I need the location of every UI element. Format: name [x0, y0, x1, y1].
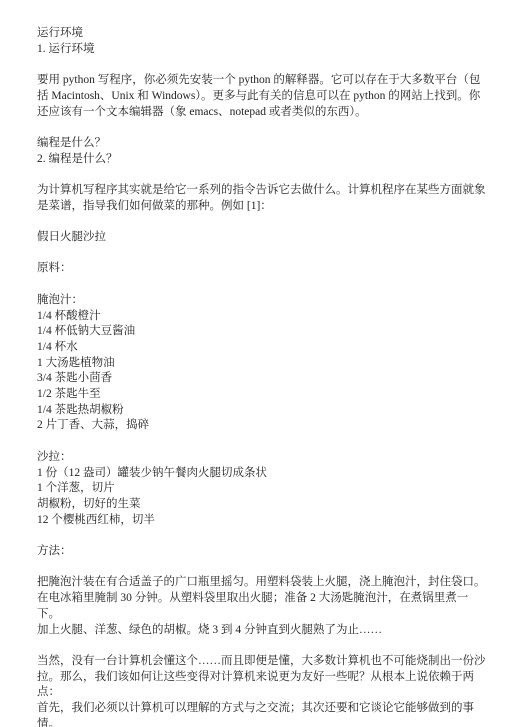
text-line: 1 份（12 盎司）罐装少钠午餐肉火腿切成条状 [37, 466, 487, 482]
text-line: 是菜谱，指导我们如何做菜的那种。例如 [1]： [37, 199, 487, 215]
text-line: 原料： [37, 261, 487, 277]
text-line: 12 个樱桃西红柿，切半 [37, 513, 487, 529]
recipe-title: 假日火腿沙拉 [37, 230, 487, 246]
text-line: 首先，我们必须以计算机可以理解的方式与之交流；其次还要和它谈论它能够做到的事情。 [37, 701, 487, 727]
text-line: 1. 运行环境 [37, 42, 487, 58]
text-line: 方法： [37, 544, 487, 560]
text-line: 1/4 杯低钠大豆酱油 [37, 324, 487, 340]
text-line: 腌泡汁： [37, 293, 487, 309]
text-line: 当然，没有一台计算机会懂这个……而且即便是懂，大多数计算机也不可能烧制出一份沙 [37, 654, 487, 670]
text-line: 还应该有一个文本编辑器（象 emacs、notepad 或者类似的东西）。 [37, 105, 487, 121]
section-1-heading: 运行环境1. 运行环境 [37, 26, 487, 57]
text-line: 1/4 杯酸橙汁 [37, 309, 487, 325]
text-line: 沙拉： [37, 450, 487, 466]
text-line: 运行环境 [37, 26, 487, 42]
text-line: 编程是什么？ [37, 136, 487, 152]
document-body: 运行环境1. 运行环境要用 python 写程序，你必须先安装一个 python… [37, 26, 487, 727]
recipe-method-paragraph: 把腌泡汁装在有合适盖子的广口瓶里摇匀。用塑料袋装上火腿，浇上腌泡汁，封住袋口。在… [37, 575, 487, 638]
text-line: 括 Macintosh、Unix 和 Windows）。更多与此有关的信息可以在… [37, 89, 487, 105]
text-line: 2 片丁香、大蒜，捣碎 [37, 418, 487, 434]
text-line: 要用 python 写程序，你必须先安装一个 python 的解释器。它可以存在… [37, 73, 487, 89]
text-line: 把腌泡汁装在有合适盖子的广口瓶里摇匀。用塑料袋装上火腿，浇上腌泡汁，封住袋口。 [37, 575, 487, 591]
text-line: 在电冰箱里腌制 30 分钟。从塑料袋里取出火腿；准备 2 大汤匙腌泡汁，在煮锅里… [37, 591, 487, 622]
section-1-paragraph: 要用 python 写程序，你必须先安装一个 python 的解释器。它可以存在… [37, 73, 487, 120]
text-line: 拉。那么，我们该如何让这些变得对计算机来说更为友好一些呢？从根本上说依赖于两点： [37, 670, 487, 701]
text-line: 1/2 茶匙牛至 [37, 387, 487, 403]
text-line: 1/4 杯水 [37, 340, 487, 356]
section-2-paragraph: 为计算机写程序其实就是给它一系列的指令告诉它去做什么。计算机程序在某些方面就象是… [37, 183, 487, 214]
recipe-method-label: 方法： [37, 544, 487, 560]
text-line: 1 个洋葱，切片 [37, 481, 487, 497]
text-line: 加上火腿、洋葱、绿色的胡椒。烧 3 到 4 分钟直到火腿熟了为止…… [37, 623, 487, 639]
recipe-marinade-list: 腌泡汁：1/4 杯酸橙汁1/4 杯低钠大豆酱油1/4 杯水1 大汤匙植物油3/4… [37, 293, 487, 434]
text-line: 1 大汤匙植物油 [37, 356, 487, 372]
document-page: 运行环境1. 运行环境要用 python 写程序，你必须先安装一个 python… [0, 0, 523, 727]
closing-paragraph: 当然，没有一台计算机会懂这个……而且即便是懂，大多数计算机也不可能烧制出一份沙拉… [37, 654, 487, 727]
text-line: 1/4 茶匙热胡椒粉 [37, 403, 487, 419]
text-line: 2. 编程是什么？ [37, 152, 487, 168]
recipe-salad-list: 沙拉：1 份（12 盎司）罐装少钠午餐肉火腿切成条状1 个洋葱，切片胡椒粉，切好… [37, 450, 487, 529]
text-line: 3/4 茶匙小茴香 [37, 371, 487, 387]
text-line: 为计算机写程序其实就是给它一系列的指令告诉它去做什么。计算机程序在某些方面就象 [37, 183, 487, 199]
recipe-ingredients-label: 原料： [37, 261, 487, 277]
text-line: 假日火腿沙拉 [37, 230, 487, 246]
section-2-heading: 编程是什么？2. 编程是什么？ [37, 136, 487, 167]
text-line: 胡椒粉，切好的生菜 [37, 497, 487, 513]
